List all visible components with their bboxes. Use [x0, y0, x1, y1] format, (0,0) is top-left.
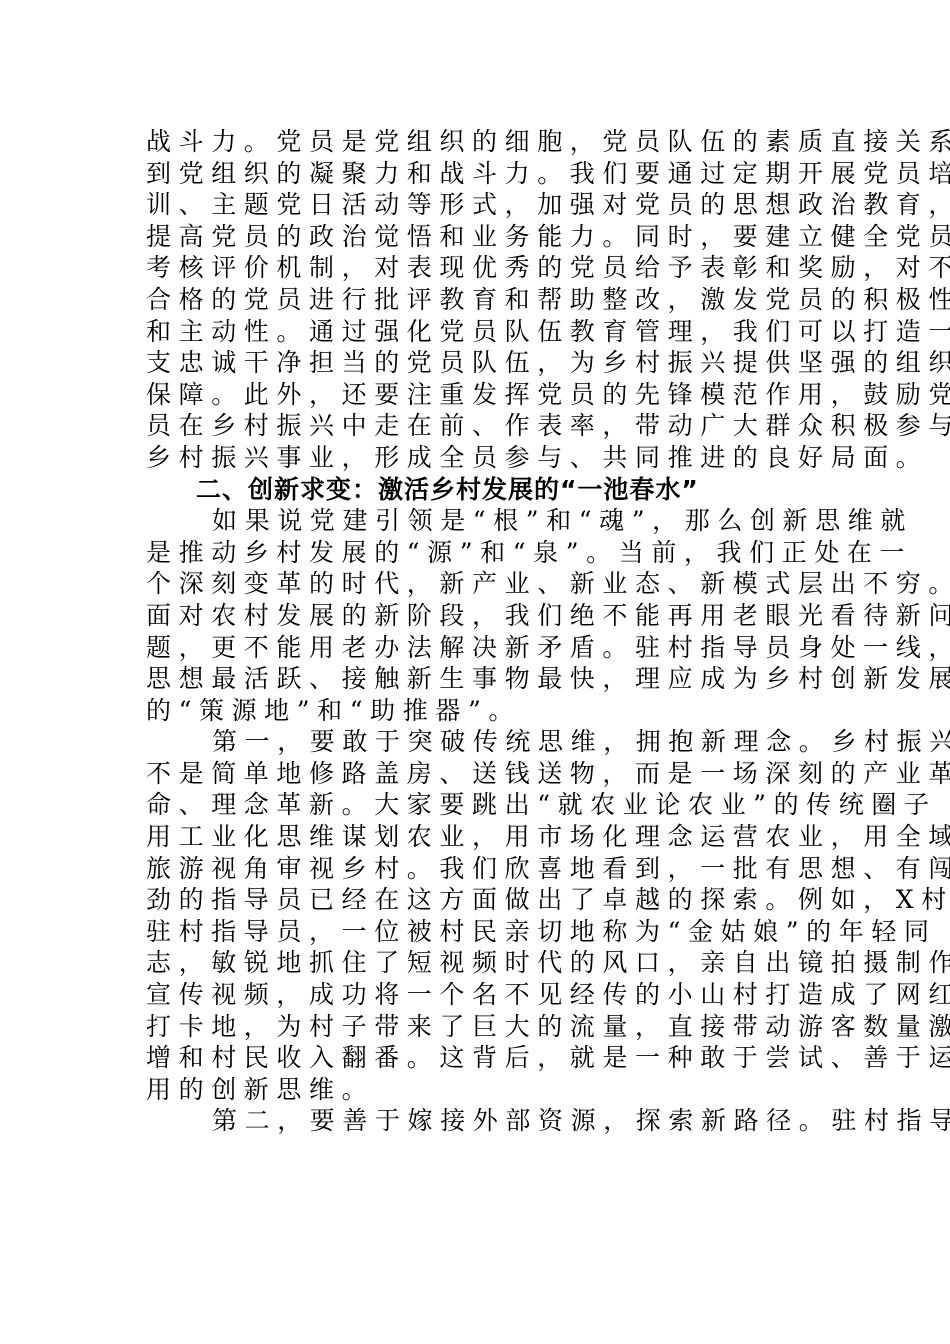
- text-line: 思想最活跃、接触新生事物最快，理应成为乡村创新发展: [146, 663, 806, 695]
- text-line: 驻村指导员，一位被村民亲切地称为“金姑娘”的年轻同: [146, 916, 806, 948]
- text-line: 如果说党建引领是“根”和“魂”，那么创新思维就: [146, 505, 806, 537]
- text-line: 面对农村发展的新阶段，我们绝不能再用老眼光看待新问: [146, 600, 806, 632]
- text-line: 保障。此外，还要注重发挥党员的先锋模范作用，鼓励党: [146, 379, 806, 411]
- text-line: 合格的党员进行批评教育和帮助整改，激发党员的积极性: [146, 284, 806, 316]
- text-line: 个深刻变革的时代，新产业、新业态、新模式层出不穷。: [146, 568, 806, 600]
- text-line: 第二，要善于嫁接外部资源，探索新路径。驻村指导: [146, 1105, 806, 1137]
- paragraph-innovation-intro: 如果说党建引领是“根”和“魂”，那么创新思维就 是推动乡村发展的“源”和“泉”。…: [146, 505, 806, 726]
- text-line: 提高党员的政治觉悟和业务能力。同时，要建立健全党员: [146, 221, 806, 253]
- text-line: 题，更不能用老办法解决新矛盾。驻村指导员身处一线，: [146, 632, 806, 664]
- document-page: 战斗力。党员是党组织的细胞，党员队伍的素质直接关系 到党组织的凝聚力和战斗力。我…: [146, 126, 806, 1137]
- text-line: 打卡地，为村子带来了巨大的流量，直接带动游客数量激: [146, 1011, 806, 1043]
- paragraph-first-point: 第一，要敢于突破传统思维，拥抱新理念。乡村振兴 不是简单地修路盖房、送钱送物，而…: [146, 726, 806, 1105]
- text-line: 考核评价机制，对表现优秀的党员给予表彰和奖励，对不: [146, 252, 806, 284]
- text-line: 训、主题党日活动等形式，加强对党员的思想政治教育，: [146, 189, 806, 221]
- text-line: 第一，要敢于突破传统思维，拥抱新理念。乡村振兴: [146, 726, 806, 758]
- text-line: 战斗力。党员是党组织的细胞，党员队伍的素质直接关系: [146, 126, 806, 158]
- text-line: 用工业化思维谋划农业，用市场化理念运营农业，用全域: [146, 821, 806, 853]
- text-line: 宣传视频，成功将一个名不见经传的小山村打造成了网红: [146, 979, 806, 1011]
- text-line: 支忠诚干净担当的党员队伍，为乡村振兴提供坚强的组织: [146, 347, 806, 379]
- text-line: 到党组织的凝聚力和战斗力。我们要通过定期开展党员培: [146, 158, 806, 190]
- text-line: 员在乡村振兴中走在前、作表率，带动广大群众积极参与: [146, 410, 806, 442]
- text-line: 是推动乡村发展的“源”和“泉”。当前，我们正处在一: [146, 537, 806, 569]
- text-line: 旅游视角审视乡村。我们欣喜地看到，一批有思想、有闯: [146, 853, 806, 885]
- paragraph-party-member-team: 战斗力。党员是党组织的细胞，党员队伍的素质直接关系 到党组织的凝聚力和战斗力。我…: [146, 126, 806, 474]
- text-line: 命、理念革新。大家要跳出“就农业论农业”的传统圈子: [146, 789, 806, 821]
- text-line: 增和村民收入翻番。这背后，就是一种敢于尝试、善于运: [146, 1042, 806, 1074]
- text-line: 的“策源地”和“助推器”。: [146, 695, 806, 727]
- text-line: 不是简单地修路盖房、送钱送物，而是一场深刻的产业革: [146, 758, 806, 790]
- text-line: 志，敏锐地抓住了短视频时代的风口，亲自出镜拍摄制作: [146, 947, 806, 979]
- text-line: 和主动性。通过强化党员队伍教育管理，我们可以打造一: [146, 316, 806, 348]
- text-line: 用的创新思维。: [146, 1074, 806, 1106]
- section-heading: 二、创新求变：激活乡村发展的“一池春水”: [146, 474, 806, 506]
- paragraph-second-point: 第二，要善于嫁接外部资源，探索新路径。驻村指导: [146, 1105, 806, 1137]
- text-line: 乡村振兴事业，形成全员参与、共同推进的良好局面。: [146, 442, 806, 474]
- text-line: 劲的指导员已经在这方面做出了卓越的探索。例如，X村的: [146, 884, 806, 916]
